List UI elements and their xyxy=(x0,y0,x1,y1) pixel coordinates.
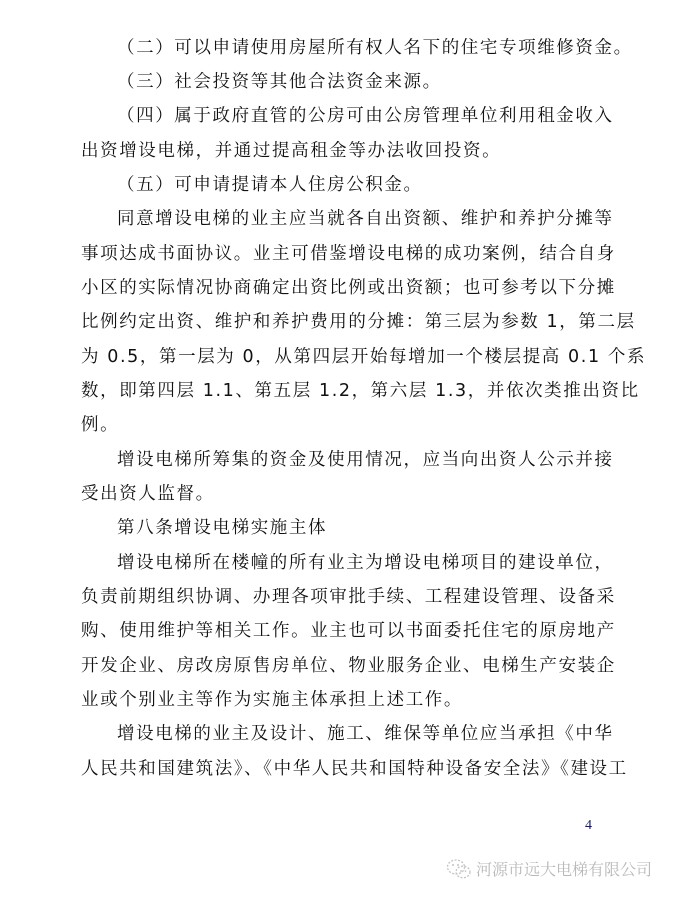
text-line: （三）社会投资等其他合法资金来源。 xyxy=(117,71,637,93)
text-line: 同意增设电梯的业主应当就各自出资额、维护和养护分摊等 xyxy=(117,208,637,230)
text-line: 第八条增设电梯实施主体 xyxy=(117,517,637,539)
text-line: 为 0.5，第一层为 0，从第四层开始每增加一个楼层提高 0.1 个系 xyxy=(81,346,601,368)
text-line: 购、使用维护等相关工作。业主也可以书面委托住宅的原房地产 xyxy=(81,620,601,642)
text-line: （四）属于政府直管的公房可由公房管理单位利用租金收入 xyxy=(117,105,637,127)
text-line: 负责前期组织协调、办理各项审批手续、工程建设管理、设备采 xyxy=(81,586,601,608)
text-line: 事项达成书面协议。业主可借鉴增设电梯的成功案例，结合自身 xyxy=(81,243,601,265)
text-line: 比例约定出资、维护和养护费用的分摊：第三层为参数 1，第二层 xyxy=(81,311,601,333)
text-line: 出资增设电梯，并通过提高租金等办法收回投资。 xyxy=(81,140,601,162)
watermark-text: 河源市远大电梯有限公司 xyxy=(476,857,652,880)
wechat-icon xyxy=(446,858,472,880)
text-line: 小区的实际情况协商确定出资比例或出资额；也可参考以下分摊 xyxy=(81,277,601,299)
text-line: 例。 xyxy=(81,414,601,436)
text-line: （五）可申请提请本人住房公积金。 xyxy=(117,174,637,196)
page-number: 4 xyxy=(585,818,592,834)
text-line: 人民共和国建筑法》、《中华人民共和国特种设备安全法》《建设工 xyxy=(81,758,601,780)
text-line: 增设电梯所在楼幢的所有业主为增设电梯项目的建设单位， xyxy=(117,552,637,574)
text-line: 数，即第四层 1.1、第五层 1.2，第六层 1.3，并依次类推出资比 xyxy=(81,380,601,402)
text-line: （二）可以申请使用房屋所有权人名下的住宅专项维修资金。 xyxy=(117,37,637,59)
text-line: 开发企业、房改房原售房单位、物业服务企业、电梯生产安装企 xyxy=(81,655,601,677)
watermark: 河源市远大电梯有限公司 xyxy=(446,857,652,880)
document-page: （二）可以申请使用房屋所有权人名下的住宅专项维修资金。（三）社会投资等其他合法资… xyxy=(0,0,674,900)
text-line: 增设电梯的业主及设计、施工、维保等单位应当承担《中华 xyxy=(117,723,637,745)
text-line: 增设电梯所筹集的资金及使用情况，应当向出资人公示并接 xyxy=(117,449,637,471)
text-line: 受出资人监督。 xyxy=(81,483,601,505)
text-line: 业或个别业主等作为实施主体承担上述工作。 xyxy=(81,689,601,711)
